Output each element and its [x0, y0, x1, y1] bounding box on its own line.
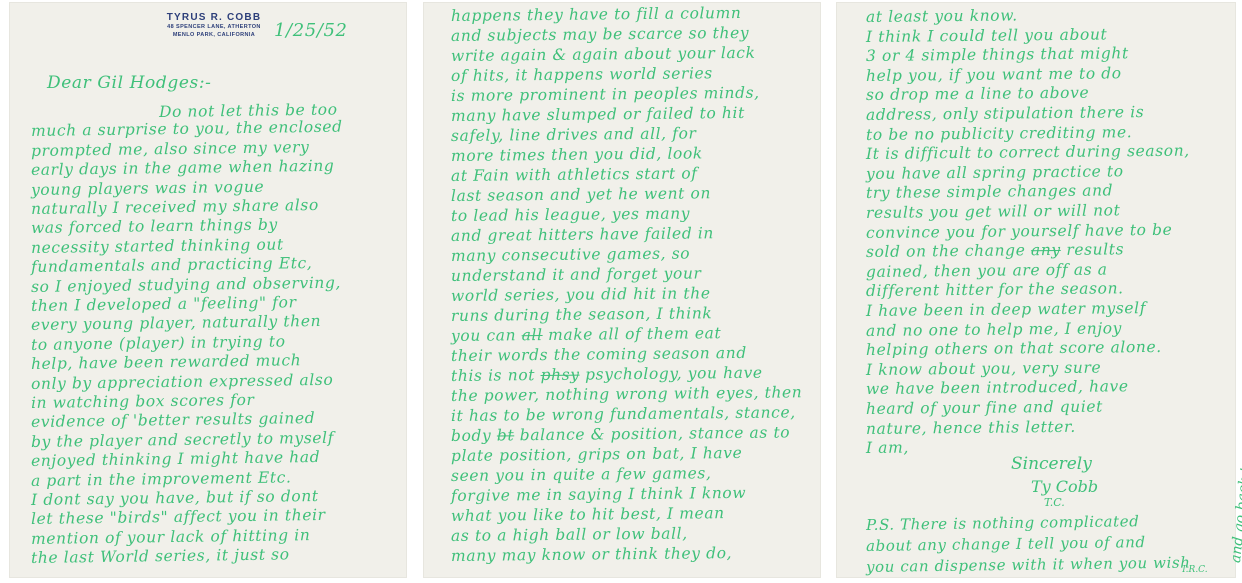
margin-note: and go back to your style of past. — [1228, 327, 1242, 564]
signature-initials: T.C. — [1044, 496, 1065, 509]
letterhead-name: TYRUS R. COBB — [154, 12, 274, 23]
letter-page-1: TYRUS R. COBB 48 SPENCER LANE, ATHERTON … — [9, 2, 407, 578]
closing: Sincerely — [1011, 454, 1092, 474]
postscript-initials: T.R.C. — [1181, 565, 1208, 575]
handwritten-line: many may know or think they do, — [451, 542, 732, 567]
signature: Ty Cobb — [1031, 477, 1098, 496]
handwritten-line: the last World series, it just so — [31, 544, 290, 570]
salutation: Dear Gil Hodges:- — [47, 72, 212, 94]
letter-date: 1/25/52 — [274, 20, 348, 42]
letter-page-2: happens they have to fill a columnand su… — [423, 2, 821, 578]
handwritten-line: I am, — [866, 437, 909, 459]
letterhead: TYRUS R. COBB 48 SPENCER LANE, ATHERTON … — [154, 12, 274, 39]
letterhead-address-2: MENLO PARK, CALIFORNIA — [154, 31, 274, 39]
letter-page-3: at least you know.I think I could tell y… — [836, 2, 1236, 578]
handwritten-line: you can dispense with it when you wish — [866, 551, 1191, 578]
letterhead-address-1: 48 SPENCER LANE, ATHERTON — [154, 23, 274, 31]
